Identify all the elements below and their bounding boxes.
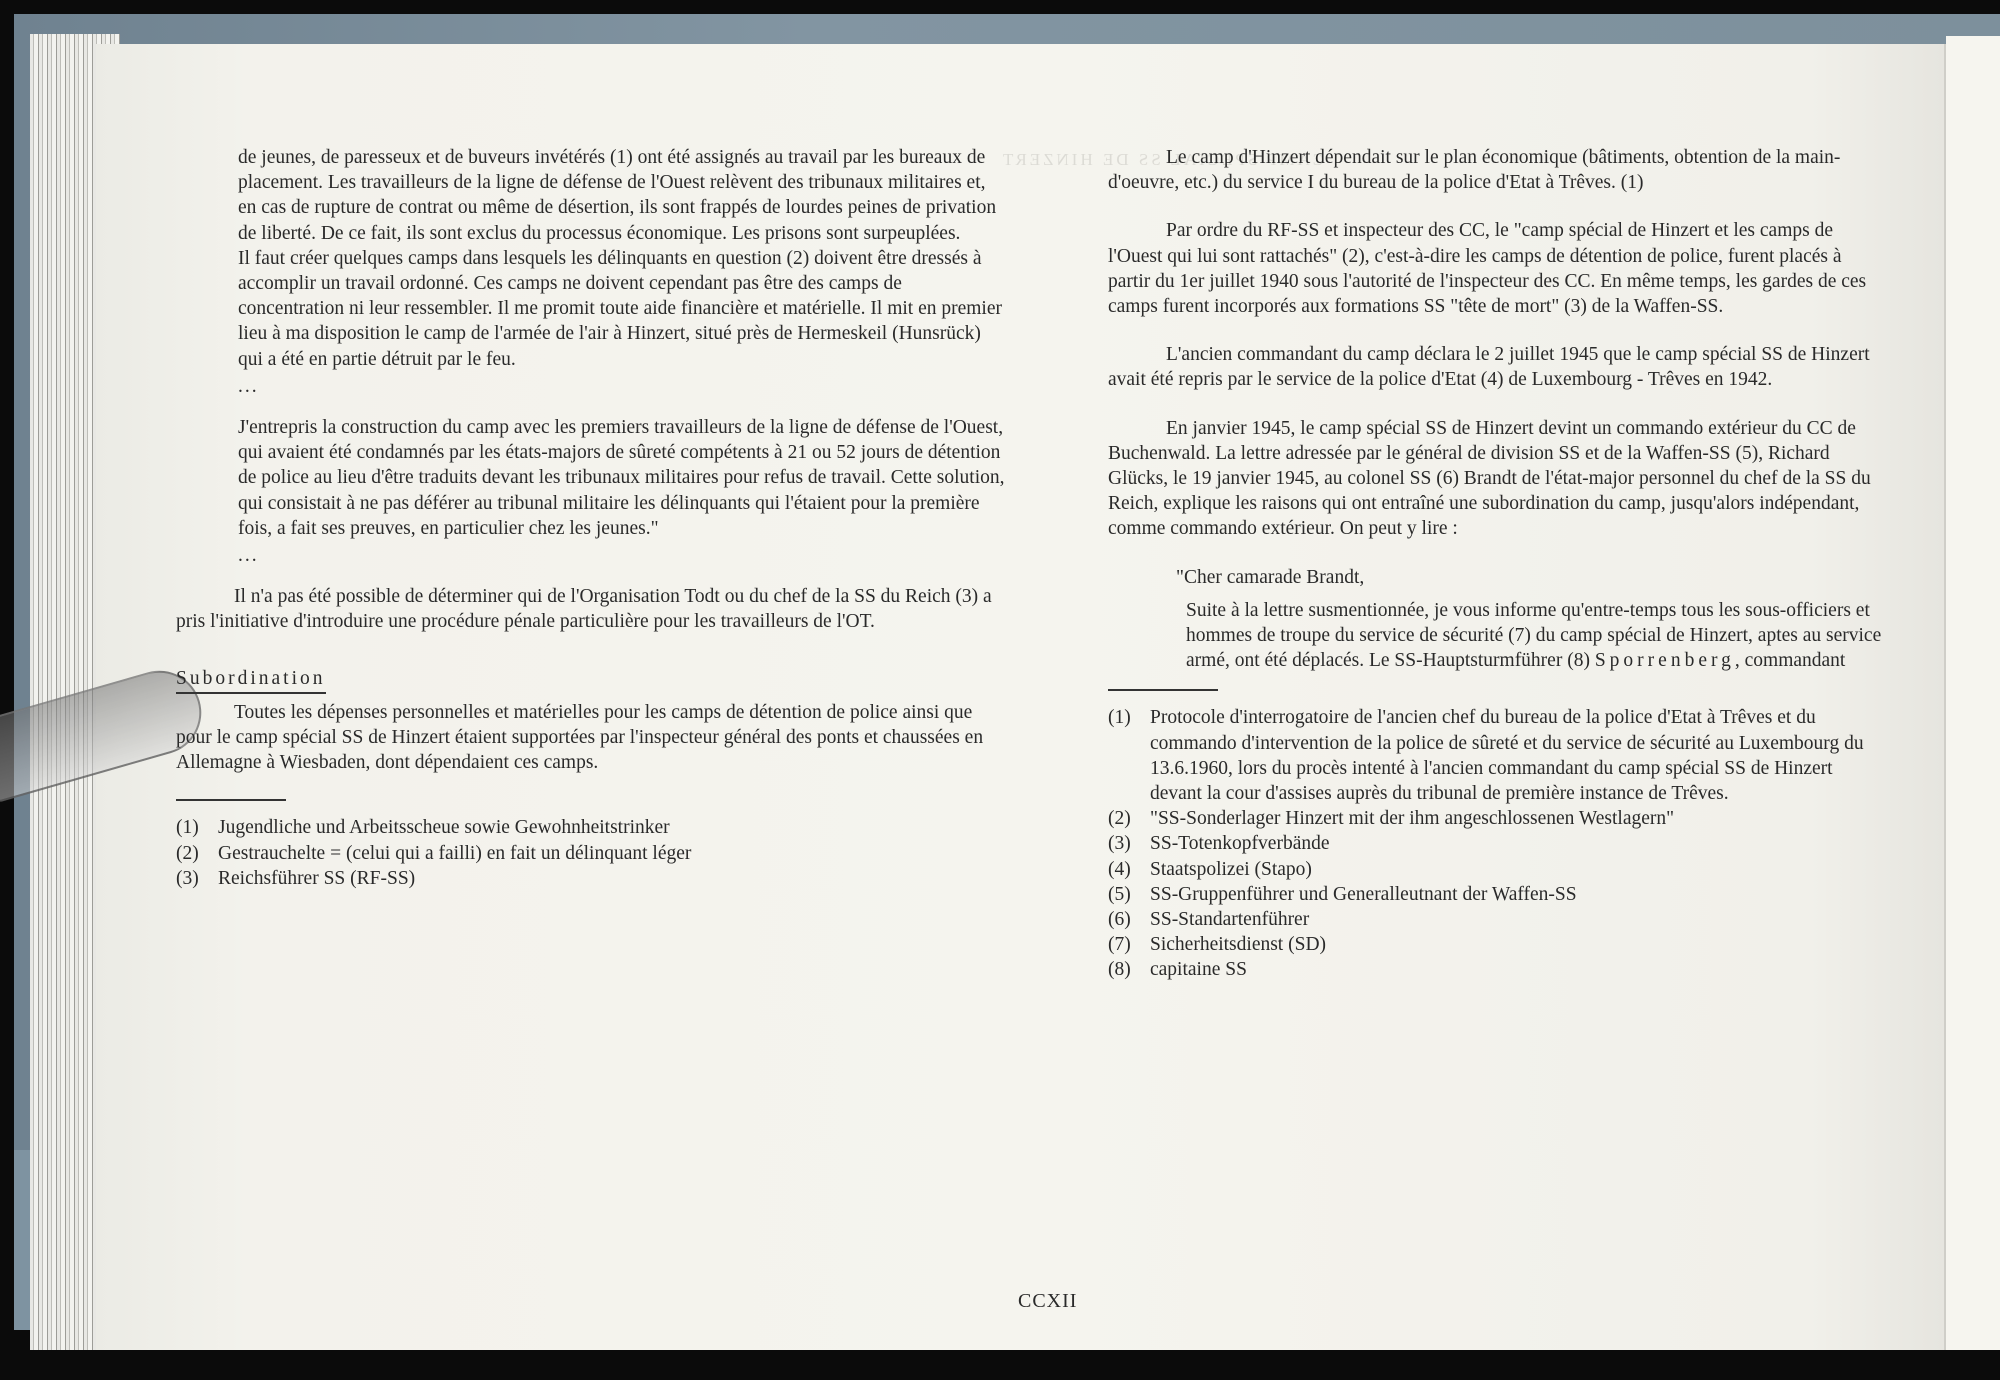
footnote: (5) SS-Gruppenführer und Generalleutnant… xyxy=(1108,882,1888,907)
footnote-text: SS-Totenkopfverbände xyxy=(1150,831,1888,856)
footnote-number: (2) xyxy=(1108,806,1150,831)
left-paragraph-1: de jeunes, de paresseux et de buveurs in… xyxy=(238,145,1008,246)
footnote-text: SS-Gruppenführer und Generalleutnant der… xyxy=(1150,882,1888,907)
footnote-number: (2) xyxy=(176,841,218,866)
footnote-text: SS-Standartenführer xyxy=(1150,907,1888,932)
right-paragraph-4: En janvier 1945, le camp spécial SS de H… xyxy=(1108,416,1888,542)
quoted-letter: "Cher camarade Brandt, Suite à la lettre… xyxy=(1108,565,1886,674)
right-footnotes: (1) Protocole d'interrogatoire de l'anci… xyxy=(1108,705,1888,982)
left-footnotes: (1) Jugendliche und Arbeitsscheue sowie … xyxy=(176,815,1010,891)
letter-name-spaced: Sporrenberg xyxy=(1595,650,1735,671)
subordination-section: Subordination Toutes les dépenses person… xyxy=(176,635,1010,891)
next-page-edge xyxy=(1946,36,2000,1350)
footnote: (2) Gestrauchelte = (celui qui a failli)… xyxy=(176,841,1010,866)
footnote: (7) Sicherheitsdienst (SD) xyxy=(1108,932,1888,957)
section-paragraph: Toutes les dépenses personnelles et maté… xyxy=(176,700,1010,776)
footnote-number: (6) xyxy=(1108,907,1150,932)
footnote-number: (1) xyxy=(1108,705,1150,806)
footnote-text: Reichsführer SS (RF-SS) xyxy=(218,866,1010,891)
footnote: (1) Protocole d'interrogatoire de l'anci… xyxy=(1108,705,1888,806)
page-number: CCXII xyxy=(1018,1290,1077,1313)
left-page-column: de jeunes, de paresseux et de buveurs in… xyxy=(238,145,1008,891)
footnote: (8) capitaine SS xyxy=(1108,957,1888,982)
footnote-number: (7) xyxy=(1108,932,1150,957)
letter-text: , commandant xyxy=(1735,650,1845,671)
left-paragraph-3: J'entrepris la construction du camp avec… xyxy=(238,415,1008,541)
footnote: (2) "SS-Sonderlager Hinzert mit der ihm … xyxy=(1108,806,1888,831)
right-paragraph-3: L'ancien commandant du camp déclara le 2… xyxy=(1108,342,1888,392)
footnote-number: (1) xyxy=(176,815,218,840)
left-paragraph-2: Il faut créer quelques camps dans lesque… xyxy=(238,246,1008,372)
footnote-text: Protocole d'interrogatoire de l'ancien c… xyxy=(1150,705,1888,806)
ellipsis: ... xyxy=(238,374,1008,399)
footnote: (1) Jugendliche und Arbeitsscheue sowie … xyxy=(176,815,1010,840)
section-heading: Subordination xyxy=(176,666,326,694)
footnote-text: Sicherheitsdienst (SD) xyxy=(1150,932,1888,957)
footnote-text: Gestrauchelte = (celui qui a failli) en … xyxy=(218,841,1010,866)
letter-salutation: "Cher camarade Brandt, xyxy=(1176,565,1886,590)
footnote-text: Jugendliche und Arbeitsscheue sowie Gewo… xyxy=(218,815,1010,840)
footnote-number: (3) xyxy=(176,866,218,891)
ellipsis: ... xyxy=(238,543,1008,568)
footnote-number: (8) xyxy=(1108,957,1150,982)
footnote: (6) SS-Standartenführer xyxy=(1108,907,1888,932)
right-paragraph-1: Le camp d'Hinzert dépendait sur le plan … xyxy=(1108,145,1888,195)
footnote-text: "SS-Sonderlager Hinzert mit der ihm ange… xyxy=(1150,806,1888,831)
footnote-number: (5) xyxy=(1108,882,1150,907)
right-paragraph-2: Par ordre du RF-SS et inspecteur des CC,… xyxy=(1108,218,1888,319)
footnote-number: (4) xyxy=(1108,857,1150,882)
footnote-divider xyxy=(1108,689,1218,691)
footnote-divider xyxy=(176,799,286,801)
footnote-text: capitaine SS xyxy=(1150,957,1888,982)
footnote-text: Staatspolizei (Stapo) xyxy=(1150,857,1888,882)
left-paragraph-4: Il n'a pas été possible de déterminer qu… xyxy=(176,584,1008,634)
footnote-number: (3) xyxy=(1108,831,1150,856)
footnote: (4) Staatspolizei (Stapo) xyxy=(1108,857,1888,882)
footnote: (3) SS-Totenkopfverbände xyxy=(1108,831,1888,856)
right-page-column: Le camp d'Hinzert dépendait sur le plan … xyxy=(1108,170,1888,983)
letter-body: Suite à la lettre susmentionnée, je vous… xyxy=(1186,598,1886,674)
footnote: (3) Reichsführer SS (RF-SS) xyxy=(176,866,1010,891)
